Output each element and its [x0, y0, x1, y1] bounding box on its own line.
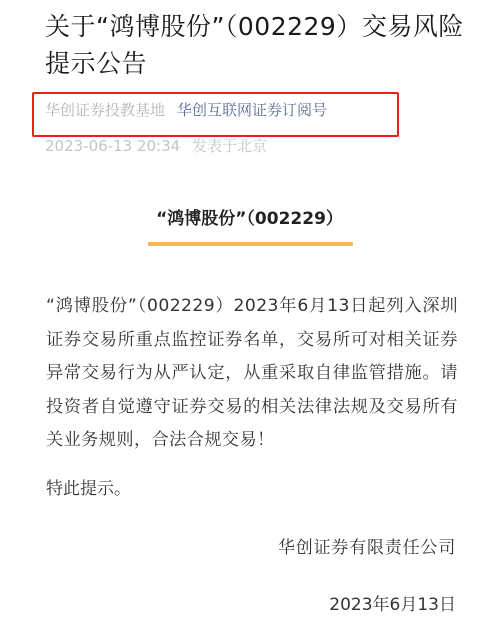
highlight-annotation-box [32, 92, 399, 137]
signature-date: 2023年6月13日 [329, 593, 456, 617]
closing-remark: 特此提示。 [46, 477, 131, 501]
publish-location: 发表于北京 [192, 137, 267, 154]
publish-time: 2023-06-13 20:34 [45, 137, 180, 154]
section-subtitle: “鸿博股份”（002229） [0, 207, 499, 231]
article-body: “鸿博股份”（002229）2023年6月13日起列入深圳证券交易所重点监控证券… [46, 290, 458, 458]
signature-company: 华创证券有限责任公司 [278, 536, 456, 560]
subtitle-underline [148, 242, 353, 246]
publish-info: 2023-06-13 20:34发表于北京 [45, 136, 267, 154]
article-title: 关于“鸿博股份”（002229）交易风险提示公告 [45, 8, 465, 82]
